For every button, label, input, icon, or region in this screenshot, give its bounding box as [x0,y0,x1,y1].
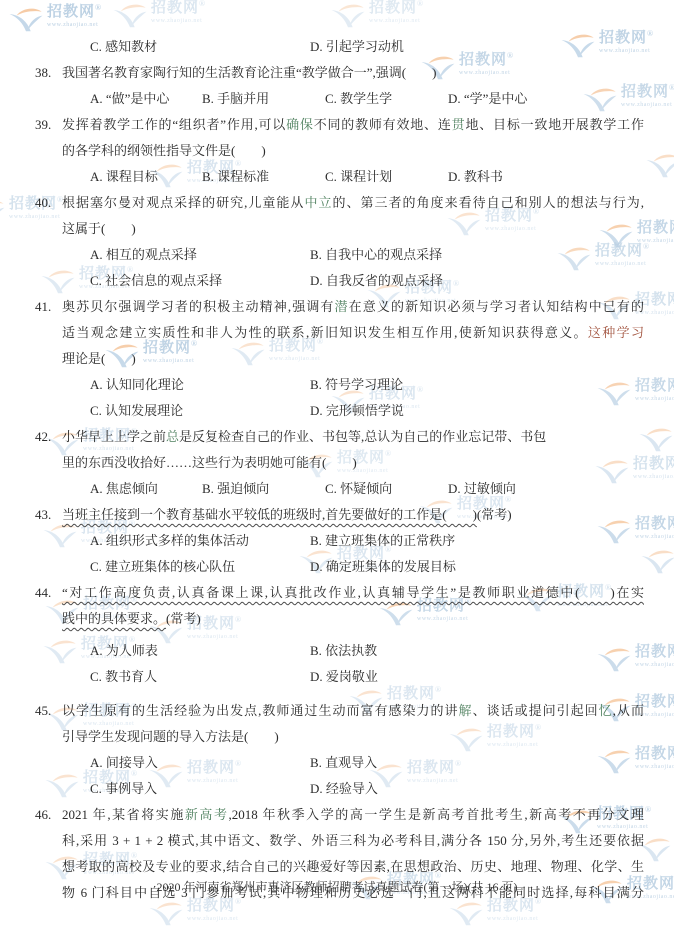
stem-continuation: 理论是( ) [0,346,674,372]
text-segment: 贯 [452,117,466,132]
text-segment: “对工作高度负责,认真备课上课,认真批改作业,认真辅导学生”是教师职业道德中( … [62,585,644,600]
stem-line: 践中的具体要求。(常考) [62,611,201,626]
question-42: 42. 小华早上上学之前总是反复检查自己的作业、书包等,总认为自己的作业忘记带、… [0,424,674,502]
question-38: 38. 我国著名教育家陶行知的生活教育论注重“教学做合一”,强调( ) A. “… [0,60,674,112]
question-39: 39. 发挥着教学工作的“组织者”作用,可以确保不同的教师有效地、连贯地、目标一… [0,112,674,190]
option-b: B. 强迫倾向 [202,476,325,502]
question-number: 41. [35,294,51,320]
option-c: C. 怀疑倾向 [325,476,448,502]
text-segment: (常考) [166,611,201,626]
stem-continuation: 适当观念建立实质性和非人为性的联系,新旧知识发生相互作用,使新知识获得意义。这种… [0,320,674,346]
option-a: A. 焦虑倾向 [90,476,202,502]
stem-line: 里的东西没收拾好……这些行为表明她可能有( ) [62,455,357,470]
text-segment: 、谈话或提问引起回 [473,703,599,718]
question-number: 43. [35,502,51,528]
option-b: B. 建立班集体的正常秩序 [310,528,644,554]
question-stem: 42. 小华早上上学之前总是反复检查自己的作业、书包等,总认为自己的作业忘记带、… [0,424,674,450]
text-segment: 这属于( ) [62,221,136,236]
option-d: D. 自我反省的观点采择 [310,268,644,294]
option-c: C. 教学生学 [325,86,448,112]
text-segment: 地、目标一致地开展教学工作 [465,117,644,132]
watermark-url: www.zhaojiao.net [487,916,542,922]
option-b: B. 自我中心的观点采择 [310,242,644,268]
option-a: A. 课程目标 [90,164,202,190]
option-a: A. 间接导入 [90,750,310,776]
option-b: B. 直观导入 [310,750,644,776]
question-44: 44. “对工作高度负责,认真备课上课,认真批改作业,认真辅导学生”是教师职业道… [0,580,674,690]
text-segment: 不同的教师有效地、连 [314,117,452,132]
text-segment: 引导学生发现问题的导入方法是( ) [62,729,279,744]
option-b: B. 手脑并用 [202,86,325,112]
text-segment: 奥苏贝尔强调学习者的积极主动精神,强调有 [62,299,335,314]
question-45: 45. 以学生原有的生活经验为出发点,教师通过生动而富有感染力的讲解、谈话或提问… [0,698,674,802]
question-number: 38. [35,60,51,86]
stem-line: 奥苏贝尔强调学习者的积极主动精神,强调有潜在意义的新知识必须与学习者认知结构中已… [62,299,644,314]
stem-line: “对工作高度负责,认真备课上课,认真批改作业,认真辅导学生”是教师职业道德中( … [62,585,644,600]
option-d: D. 确定班集体的发展目标 [310,554,644,580]
text-segment: 当班主任接到一个教育基础水平较低的班级时,首先要做好的工作是( ) [62,507,477,522]
stem-line: 适当观念建立实质性和非人为性的联系,新旧知识发生相互作用,使新知识获得意义。这种… [62,325,644,340]
question-stem: 46. 2021 年,某省将实施新高考,2018 年秋季入学的高一学生是新高考首… [0,802,674,828]
stem-line: 发挥着教学工作的“组织者”作用,可以确保不同的教师有效地、连贯地、目标一致地开展… [62,117,644,132]
text-segment: 我国著名教育家陶行知的生活教育论注重“教学做合一”,强调( ) [62,65,436,80]
option-c: C. 课程计划 [325,164,448,190]
text-segment: (常考) [477,507,512,522]
options-grid: A. 组织形式多样的集体活动 B. 建立班集体的正常秩序 C. 建立班集体的核心… [0,528,674,580]
stem-line: 的各学科的纲领性指导文件是( ) [62,143,266,158]
option-c: C. 教书育人 [90,664,310,690]
text-segment: 中立 [304,195,332,210]
question-stem: 38. 我国著名教育家陶行知的生活教育论注重“教学做合一”,强调( ) [0,60,674,86]
text-segment: 发挥着教学工作的“组织者”作用,可以 [62,117,286,132]
option-d: D. 经验导入 [310,776,644,802]
option-c: C. 社会信息的观点采择 [90,268,310,294]
question-number: 46. [35,802,51,828]
question-number: 44. [35,580,51,606]
text-segment: 以学生原有的生活经验为出发点,教师通过生动而富有感染力的讲 [62,703,459,718]
option-c: C. 事例导入 [90,776,310,802]
options-row: A. 课程目标 B. 课程标准 C. 课程计划 D. 教科书 [0,164,674,190]
option-b: B. 依法执教 [310,638,644,664]
option-a: A. 为人师表 [90,638,310,664]
page-footer: 2020 年河南省郑州市惠济区教师招聘考试真题试卷(第一场)(共 16 页) [0,878,674,895]
question-number: 42. [35,424,51,450]
exam-page: 招教网® www.zhaojiao.net 招教网® www.zhaojiao.… [0,0,674,933]
stem-continuation: 想考取的高校及专业的要求,结合自己的兴趣爱好等因素,在思想政治、历史、地理、物理… [0,854,674,880]
option-a: A. 组织形式多样的集体活动 [90,528,310,554]
text-segment: 想考取的高校及专业的要求,结合自己的兴趣爱好等因素,在思想政治、历史、地理、物理… [62,859,644,874]
stem-continuation: 的各学科的纲领性指导文件是( ) [0,138,674,164]
stem-continuation: 里的东西没收拾好……这些行为表明她可能有( ) [0,450,674,476]
option-c: C. 认知发展理论 [90,398,310,424]
options-grid: A. 为人师表 B. 依法执教 C. 教书育人 D. 爱岗敬业 [0,638,674,690]
option-c: C. 建立班集体的核心队伍 [90,554,310,580]
option-a: A. 相互的观点采择 [90,242,310,268]
text-segment: 忆 [599,703,613,718]
exam-content: C. 感知教材 D. 引起学习动机 38. 我国著名教育家陶行知的生活教育论注重… [0,0,674,906]
text-segment: 里的东西没收拾好……这些行为表明她可能有( ) [62,455,357,470]
text-segment: 在意义的新知识必须与学习者认知结构中已有的 [349,299,644,314]
option-d: D. 爱岗敬业 [310,664,644,690]
option-d: D. 引起学习动机 [310,34,644,60]
stem-line: 2021 年,某省将实施新高考,2018 年秋季入学的高一学生是新高考首批考生,… [62,807,644,822]
text-segment: ,从而 [613,703,644,718]
text-segment: 解 [459,703,473,718]
text-segment: 践中的具体要求。 [62,611,166,626]
option-d: D. 过敏倾向 [448,476,644,502]
options-grid: A. 认知同化理论 B. 符号学习理论 C. 认知发展理论 D. 完形顿悟学说 [0,372,674,424]
question-stem: 45. 以学生原有的生活经验为出发点,教师通过生动而富有感染力的讲解、谈话或提问… [0,698,674,724]
options-row: A. “做”是中心 B. 手脑并用 C. 教学生学 D. “学”是中心 [0,86,674,112]
question-43: 43. 当班主任接到一个教育基础水平较低的班级时,首先要做好的工作是( )(常考… [0,502,674,580]
text-segment: 根据塞尔曼对观点采择的研究,儿童能从 [62,195,304,210]
question-41: 41. 奥苏贝尔强调学习者的积极主动精神,强调有潜在意义的新知识必须与学习者认知… [0,294,674,424]
text-segment: 确保 [286,117,314,132]
option-d: D. “学”是中心 [448,86,644,112]
text-segment: 潜 [335,299,349,314]
question-stem: 40. 根据塞尔曼对观点采择的研究,儿童能从中立的、第三者的角度来看待自己和别人… [0,190,674,216]
stem-continuation: 践中的具体要求。(常考) [0,606,674,632]
question-stem: 44. “对工作高度负责,认真备课上课,认真批改作业,认真辅导学生”是教师职业道… [0,580,674,606]
options-grid: A. 相互的观点采择 B. 自我中心的观点采择 C. 社会信息的观点采择 D. … [0,242,674,294]
option-b: B. 符号学习理论 [310,372,644,398]
text-segment: 适当观念建立实质性和非人为性的联系,新旧知识发生相互作用,使新知识获得意义。 [62,325,588,340]
stem-line: 我国著名教育家陶行知的生活教育论注重“教学做合一”,强调( ) [62,65,436,80]
text-segment: 理论是( ) [62,351,136,366]
stem-line: 当班主任接到一个教育基础水平较低的班级时,首先要做好的工作是( )(常考) [62,507,512,522]
options-grid: A. 间接导入 B. 直观导入 C. 事例导入 D. 经验导入 [0,750,674,802]
options-row: C. 感知教材 D. 引起学习动机 [0,34,674,60]
text-segment: 总 [166,429,179,444]
text-segment: 的、第三者的角度来看待自己和别人的想法与行为, [332,195,644,210]
text-segment: 小华早上上学之前 [62,429,166,444]
text-segment: 2021 年,某省将实施 [62,807,185,822]
stem-line: 想考取的高校及专业的要求,结合自己的兴趣爱好等因素,在思想政治、历史、地理、物理… [62,859,644,874]
question-40: 40. 根据塞尔曼对观点采择的研究,儿童能从中立的、第三者的角度来看待自己和别人… [0,190,674,294]
text-segment: 的各学科的纲领性指导文件是( ) [62,143,266,158]
question-number: 40. [35,190,51,216]
watermark-url: www.zhaojiao.net [187,916,242,922]
option-a: A. “做”是中心 [90,86,202,112]
question-number: 45. [35,698,51,724]
stem-line: 小华早上上学之前总是反复检查自己的作业、书包等,总认为自己的作业忘记带、书包 [62,429,546,444]
question-stem: 41. 奥苏贝尔强调学习者的积极主动精神,强调有潜在意义的新知识必须与学习者认知… [0,294,674,320]
stem-line: 这属于( ) [62,221,136,236]
text-segment: 科,采用 3 + 1 + 2 模式,其中语文、数学、外语三科为必考科目,满分各 … [62,833,644,848]
question-stem: 39. 发挥着教学工作的“组织者”作用,可以确保不同的教师有效地、连贯地、目标一… [0,112,674,138]
stem-line: 以学生原有的生活经验为出发点,教师通过生动而富有感染力的讲解、谈话或提问引起回忆… [62,703,644,718]
option-b: B. 课程标准 [202,164,325,190]
text-segment: 这种学习 [588,325,644,340]
text-segment: 是反复检查自己的作业、书包等,总认为自己的作业忘记带、书包 [179,429,546,444]
stem-continuation: 引导学生发现问题的导入方法是( ) [0,724,674,750]
stem-line: 引导学生发现问题的导入方法是( ) [62,729,279,744]
option-a: A. 认知同化理论 [90,372,310,398]
option-c: C. 感知教材 [90,34,310,60]
stem-continuation: 这属于( ) [0,216,674,242]
question-number: 39. [35,112,51,138]
option-d: D. 完形顿悟学说 [310,398,644,424]
stem-continuation: 科,采用 3 + 1 + 2 模式,其中语文、数学、外语三科为必考科目,满分各 … [0,828,674,854]
options-row: A. 焦虑倾向 B. 强迫倾向 C. 怀疑倾向 D. 过敏倾向 [0,476,674,502]
stem-line: 科,采用 3 + 1 + 2 模式,其中语文、数学、外语三科为必考科目,满分各 … [62,833,644,848]
text-segment: ,2018 年秋季入学的高一学生是新高考首批考生,新高考不再分文理 [229,807,644,822]
text-segment: 新高考 [185,807,229,822]
question-stem: 43. 当班主任接到一个教育基础水平较低的班级时,首先要做好的工作是( )(常考… [0,502,674,528]
question-37-options: C. 感知教材 D. 引起学习动机 [0,34,674,60]
stem-line: 根据塞尔曼对观点采择的研究,儿童能从中立的、第三者的角度来看待自己和别人的想法与… [62,195,644,210]
stem-line: 理论是( ) [62,351,136,366]
option-d: D. 教科书 [448,164,644,190]
